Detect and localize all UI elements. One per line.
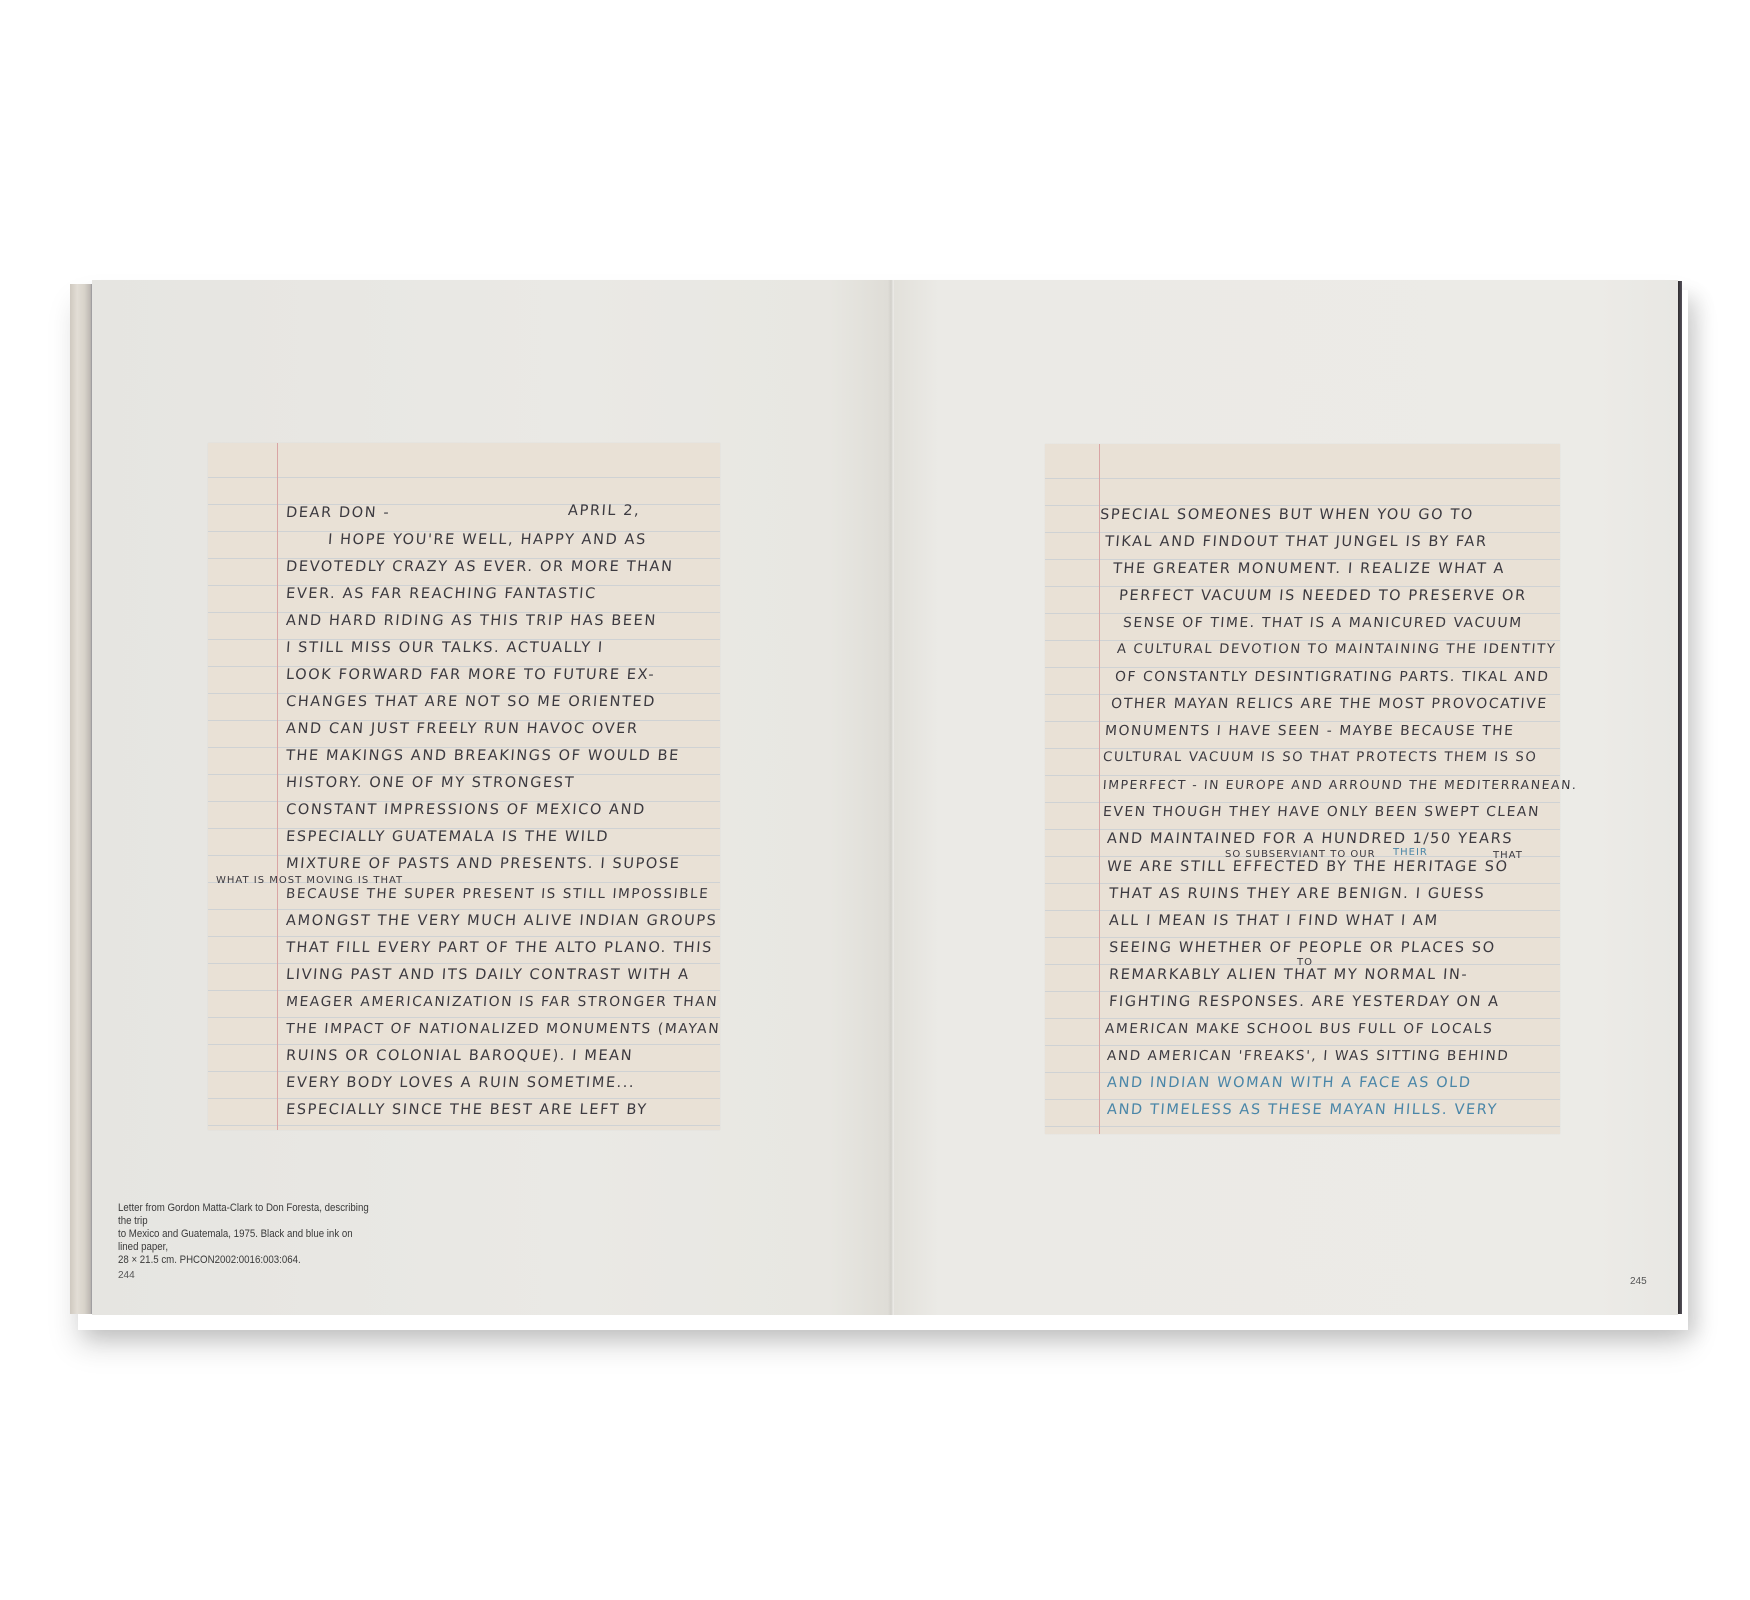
letter-line: Tikal and findout that jungel is by far <box>1104 534 1488 550</box>
letter-line: other Mayan relics are the most provocat… <box>1110 696 1548 712</box>
caption-line: to Mexico and Guatemala, 1975. Black and… <box>118 1228 373 1254</box>
cover-edge <box>1678 281 1682 1314</box>
letter-line: we are still effected by the heritage so <box>1106 859 1509 875</box>
letter-line: especially since the best are left by <box>285 1102 648 1118</box>
letter-line: mixture of pasts and presents. I supose <box>285 856 681 872</box>
insertion-note-blue: their <box>1393 847 1428 858</box>
letter-line: Because the super present is still impos… <box>285 886 709 902</box>
letter-line: devotedly crazy as ever. or more than <box>285 559 674 575</box>
letter-line-blue: and timeless as these Mayan hills. Very <box>1106 1102 1498 1118</box>
letter-line: remarkably alien that my normal in- <box>1108 967 1468 983</box>
letter-page-2: Special someones but when you go to Tika… <box>1045 444 1560 1134</box>
letter-line: cultural vacuum is so that protects them… <box>1102 750 1537 765</box>
letter-line: ruins or colonial baroque). I mean <box>285 1048 633 1064</box>
letter-line: Even though they have only been swept cl… <box>1102 804 1540 820</box>
letter-line: every body loves a ruin sometime... <box>285 1075 635 1091</box>
letter-line: monuments I have seen - maybe because th… <box>1104 723 1515 739</box>
open-book-spread: Dear Don - April 2, I hope you're well, … <box>0 0 1750 1600</box>
letter-line: that fill every part of the alto plano. … <box>285 940 713 956</box>
letter-line: I still miss our talks. Actually I <box>285 640 604 656</box>
letter-line: and can just freely run havoc over <box>285 721 639 737</box>
caption-line: Letter from Gordon Matta-Clark to Don Fo… <box>118 1202 373 1228</box>
letter-line: of constantly desintigrating parts. Tika… <box>1114 669 1550 685</box>
letter-line: changes that are not so me oriented <box>285 694 656 710</box>
letter-line: the greater monument. I realize what a <box>1112 561 1505 577</box>
letter-line: the impact of nationalized monuments (Ma… <box>285 1021 720 1037</box>
letter-line: American make school bus full of locals <box>1104 1021 1493 1037</box>
letter-line: that as ruins they are benign. I guess <box>1108 886 1485 902</box>
letter-line: and American 'Freaks', I was sitting beh… <box>1106 1048 1509 1064</box>
letter-line: look forward far more to future ex- <box>285 667 655 683</box>
book-gutter <box>888 280 894 1315</box>
letter-greeting: Dear Don - <box>285 505 390 521</box>
letter-line: ever. As far reaching fantastic <box>285 586 597 602</box>
letter-line: constant impressions of Mexico and <box>285 802 646 818</box>
letter-line: especially Guatemala is the wild <box>285 829 609 845</box>
letter-line: fighting responses. Are Yesterday on a <box>1108 994 1500 1010</box>
letter-page-1: Dear Don - April 2, I hope you're well, … <box>208 443 720 1130</box>
page-stack-edge <box>70 284 94 1314</box>
letter-line: sense of time. That is a manicured vacuu… <box>1122 615 1523 631</box>
figure-caption: Letter from Gordon Matta-Clark to Don Fo… <box>118 1202 373 1267</box>
letter-date: April 2, <box>567 503 640 519</box>
page-number-right: 245 <box>1630 1276 1647 1287</box>
letter-line: meager americanization is far stronger t… <box>285 994 718 1010</box>
letter-line: imperfect - in Europe and arround the me… <box>1102 777 1578 792</box>
caption-line: 28 × 21.5 cm. PHCON2002:0016:003:064. <box>118 1254 373 1267</box>
letter-line: a cultural devotion to maintaining the i… <box>1116 642 1556 657</box>
letter-line: the makings and breakings of would be <box>285 748 680 764</box>
letter-line: perfect vacuum is needed to preserve or <box>1118 588 1527 604</box>
letter-line: all I mean is that I find what I am <box>1108 913 1439 929</box>
letter-line: and hard riding as this trip has been <box>285 613 657 629</box>
letter-line: living past and its daily contrast with … <box>285 967 690 983</box>
letter-line: and maintained for a hundred 1/50 years <box>1106 831 1513 847</box>
letter-line: I hope you're well, happy and as <box>327 532 647 548</box>
letter-line: history. One of my strongest <box>285 775 575 791</box>
margin-rule <box>277 443 278 1130</box>
letter-line: seeing whether of people or places so <box>1108 940 1496 956</box>
page-number-left: 244 <box>118 1270 135 1281</box>
letter-line: amongst the very much alive indian group… <box>285 913 717 929</box>
letter-line: Special someones but when you go to <box>1099 507 1474 523</box>
margin-annotation: what is most moving is that <box>216 875 403 886</box>
letter-line-blue: and indian woman with a face as old <box>1106 1075 1472 1091</box>
margin-rule <box>1099 444 1100 1134</box>
